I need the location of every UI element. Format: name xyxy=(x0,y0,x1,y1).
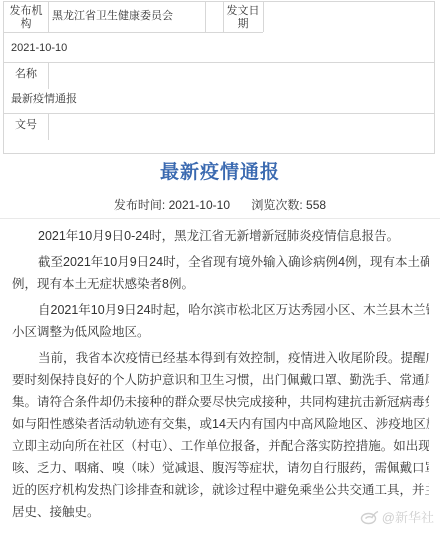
table-divider xyxy=(48,2,49,32)
issuer-label-line1: 发布机 xyxy=(4,5,48,18)
body-text-line: 集。请符合条件却仍未接种的群众要尽快完成接种，共同构建抗击新冠病毒免疫屏障。 xyxy=(12,391,429,413)
issue-date-label: 发文日 期 xyxy=(223,5,263,31)
table-divider xyxy=(263,2,264,32)
xinhua-watermark: @新华社 xyxy=(360,507,434,526)
doc-number-label: 文号 xyxy=(4,119,48,132)
table-divider xyxy=(4,32,263,33)
table-divider xyxy=(4,113,434,114)
header-separator xyxy=(0,218,440,219)
body-text-line: 小区调整为低风险地区。 xyxy=(12,321,429,343)
document-page: 发布机 构 黑龙江省卫生健康委员会 发文日 期 2021-10-10 名称 最新… xyxy=(0,0,440,533)
body-text-line: 2021年10月9日0-24时，黑龙江省无新增新冠肺炎疫情信息报告。 xyxy=(12,225,429,247)
document-body: 2021年10月9日0-24时，黑龙江省无新增新冠肺炎疫情信息报告。 截至202… xyxy=(12,225,429,523)
issuer-value: 黑龙江省卫生健康委员会 xyxy=(52,10,173,23)
name-label: 名称 xyxy=(4,68,48,81)
document-meta-table: 发布机 构 黑龙江省卫生健康委员会 发文日 期 2021-10-10 名称 最新… xyxy=(3,1,435,154)
view-count-value: 558 xyxy=(306,198,326,212)
xinhua-swirl-logo-icon xyxy=(360,509,379,525)
issue-date-label-line2: 期 xyxy=(223,18,263,31)
view-count: 浏览次数: 558 xyxy=(251,198,326,212)
table-divider xyxy=(48,114,49,140)
table-divider xyxy=(4,62,434,63)
publish-time: 发布时间: 2021-10-10 xyxy=(114,198,230,212)
body-text-line: 如与阳性感染者活动轨迹有交集，或14天内有国内中高风险地区、涉疫地区旅居史的， xyxy=(12,413,429,435)
body-text-line: 当前，我省本次疫情已经基本得到有效控制，疫情进入收尾阶段。提醒广大群众， xyxy=(12,347,429,369)
publish-meta-line: 发布时间: 2021-10-10 浏览次数: 558 xyxy=(0,196,440,213)
body-text-line: 自2021年10月9日24时起，哈尔滨市松北区万达秀园小区、木兰县木兰镇香江水岸 xyxy=(12,299,429,321)
view-count-label: 浏览次数: xyxy=(251,198,302,212)
body-text-line: 咳、乏力、咽痛、嗅（味）觉减退、腹泻等症状，请勿自行服药，需佩戴口罩尽快到就 xyxy=(12,457,429,479)
body-text-line: 近的医疗机构发热门诊排查和就诊，就诊过程中避免乘坐公共交通工具，并主动告知旅 xyxy=(12,479,429,501)
issuer-label: 发布机 构 xyxy=(4,5,48,31)
name-value: 最新疫情通报 xyxy=(11,93,77,106)
publish-time-value: 2021-10-10 xyxy=(169,198,230,212)
table-divider xyxy=(205,2,206,32)
body-text-line: 立即主动向所在社区（村屯）、工作单位报备，并配合落实防控措施。如出现发热、干 xyxy=(12,435,429,457)
issue-date-label-line1: 发文日 xyxy=(223,5,263,18)
publish-time-label: 发布时间: xyxy=(114,198,165,212)
body-text-line: 截至2021年10月9日24时，全省现有境外输入确诊病例4例，现有本土确诊病例6… xyxy=(12,251,429,273)
issuer-label-line2: 构 xyxy=(4,18,48,31)
body-text-line: 要时刻保持良好的个人防护意识和卫生习惯，出门佩戴口罩、勤洗手、常通风，少聚 xyxy=(12,369,429,391)
page-title: 最新疫情通报 xyxy=(0,157,440,184)
body-text-line: 例，现有本土无症状感染者8例。 xyxy=(12,273,429,295)
table-divider xyxy=(48,63,49,89)
issue-date-value: 2021-10-10 xyxy=(11,42,67,55)
watermark-handle: @新华社 xyxy=(382,507,434,526)
